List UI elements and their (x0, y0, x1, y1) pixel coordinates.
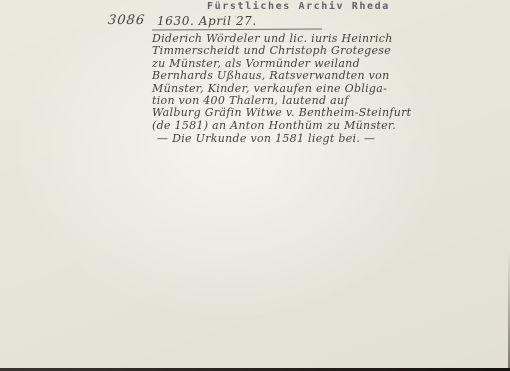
entry-text-block: Diderich Wördeler und lic. iuris Heinric… (152, 33, 420, 146)
archive-stamp: Fürstliches Archiv Rheda (207, 1, 390, 12)
archive-card-photo: Fürstliches Archiv Rheda 3086 1630. Apri… (0, 0, 510, 371)
card-number: 3086 (107, 13, 146, 28)
entry-line: (de 1581) an Anton Honthüm zu Münster. (152, 120, 420, 132)
entry-line: Walburg Gräfin Witwe v. Bentheim-Steinfu… (152, 107, 420, 119)
entry-date: 1630. April 27. (157, 14, 257, 28)
entry-line: Timmerscheidt und Christoph Grotegese (152, 45, 420, 57)
date-underline (152, 29, 322, 31)
entry-note-line: — Die Urkunde von 1581 liegt bei. — (152, 133, 420, 145)
entry-line: Bernhards Ußhaus, Ratsverwandten von (152, 70, 420, 82)
